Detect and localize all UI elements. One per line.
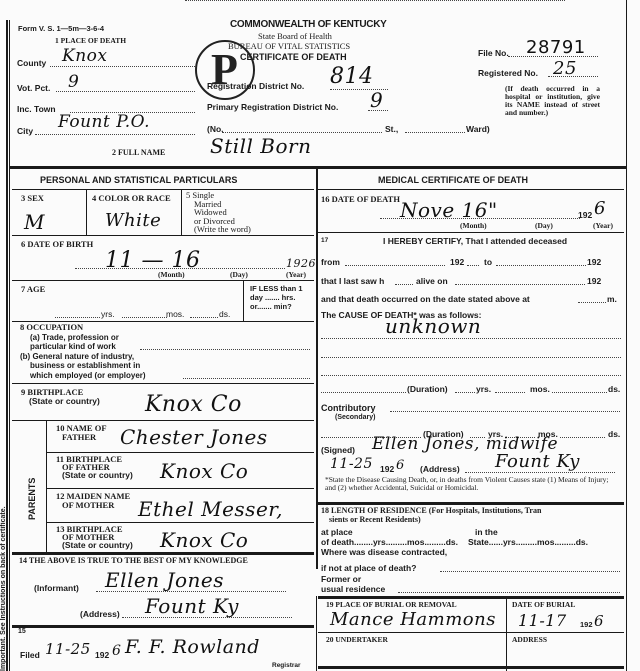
duration-mos-label: mos. [530,384,550,394]
cause-of-death-value: unknown [385,314,481,338]
burial-place-value: Mance Hammons [330,609,496,630]
vot-pct-label: Vot. Pct. [17,83,50,93]
county-label: County [17,58,46,68]
filed-number: 15 [18,628,26,635]
registered-no-value: 25 [553,58,577,79]
full-name-label: 2 FULL NAME [112,148,165,157]
burial-place-label: 19 PLACE OF BURIAL OR REMOVAL [326,600,457,609]
vot-pct-value: 9 [68,72,79,92]
state-length: State......yrs.........mos.........ds. [468,537,588,547]
mother-name-value: Ethel Messer, [138,497,283,521]
undertaker-address-label: ADDRESS [512,635,547,644]
burial-date-label: DATE OF BURIAL [512,600,575,609]
undertaker-label: 20 UNDERTAKER [326,635,388,644]
marital-label: 5 Single Married Widowed or Divorced (Wr… [186,191,251,234]
race-label: 4 COLOR OR RACE [92,193,171,203]
file-no-value: 28791 [526,37,586,58]
at-place-label: at place [321,527,353,537]
secondary-label: (Secondary) [335,414,375,421]
race-value: White [105,210,161,231]
sex-label: 3 SEX [21,193,44,203]
dod-month-caption: (Month) [460,221,487,230]
date-of-death-value: Nove 16" [400,198,498,222]
informant-address-value: Fount Ky [145,594,239,618]
birthplace-label: 9 BIRTHPLACE (State or country) [21,388,100,406]
usual-residence-label: usual residence [321,584,385,594]
place-of-death-heading: 1 PLACE OF DEATH [55,36,126,45]
sex-value: M [24,210,45,234]
alive-on-label: alive on [416,276,448,286]
dod-year-caption: (Year) [593,221,613,230]
not-at-place-label: if not at place of death? [321,563,416,573]
signed-date: 11-25 [330,456,373,472]
age-label: 7 AGE [21,284,45,294]
dob-day-caption: (Day) [230,270,248,279]
medical-address-value: Fount Ky [495,451,580,472]
informant-value: Ellen Jones [105,568,224,592]
dod-year-prefix: 192 [578,210,592,220]
signed-year-digit: 6 [396,458,405,473]
signed-year-prefix: 192 [380,464,394,474]
registration-stamp: P [195,40,255,100]
side-instruction-note: Important. See Instructions on back of c… [0,301,7,671]
father-name-label: 10 NAME OF FATHER [56,424,107,441]
duration-ds-label: ds. [608,384,620,394]
registered-no-label: Registered No. [478,68,538,78]
left-border-inner [9,20,10,671]
burial-year-digit: 6 [594,612,604,630]
duration-yrs-label: yrs. [476,384,491,394]
filed-date: 11-25 [45,640,91,658]
header-divider [10,166,626,169]
age-ds-label: ds. [219,309,230,319]
primary-district-label: Primary Registration District No. [207,102,338,112]
city-value: Fount P.O. [58,112,150,132]
inc-town-label: Inc. Town [17,104,56,114]
burial-date-value: 11-17 [518,611,567,630]
contributory-label: Contributory [321,403,376,413]
father-name-value: Chester Jones [120,425,268,449]
mother-name-label: 12 MAIDEN NAME OF MOTHER [56,492,130,509]
contracted-label: Where was disease contracted, [321,547,447,557]
death-certificate: Important. See Instructions on back of c… [0,0,640,671]
former-label: Former or [321,574,361,584]
burial-year-prefix: 192 [580,620,593,629]
state-title: COMMONWEALTH OF KENTUCKY [230,19,387,30]
from-year: 192 [450,257,464,267]
birthplace-value: Knox Co [145,392,242,417]
residence-heading: 18 LENGTH OF RESIDENCE (For Hospitals, I… [321,506,541,524]
mother-birthplace-value: Knox Co [160,528,248,552]
death-occurred-text: and that death occurred on the date stat… [321,294,530,304]
dob-label: 6 DATE OF BIRTH [21,239,93,249]
duration-label: (Duration) [407,384,448,394]
street-label: St., [385,124,398,134]
right-border [626,0,627,671]
filed-label: Filed [20,650,40,660]
occupation-label: 8 OCCUPATION (a) Trade, profession or pa… [20,323,146,380]
date-of-death-label: 16 DATE OF DEATH [321,194,400,204]
primary-district-value: 9 [370,88,383,112]
registration-district-label: Registration District No. [207,81,304,91]
certificate-title: CERTIFICATE OF DEATH [240,52,347,62]
ward-label: Ward) [466,124,490,134]
city-label: City [17,126,33,136]
medical-address-label: (Address) [420,464,460,474]
death-time-m: m. [607,294,617,304]
less-than-day-note: IF LESS than 1 day ....... hrs. or......… [250,284,303,311]
county-value: Knox [62,46,107,66]
in-the-label: in the [475,527,498,537]
informant-label: (Informant) [34,583,79,593]
filed-year-prefix: 192 [95,650,109,660]
to-year: 192 [587,257,601,267]
mother-birthplace-label: 13 BIRTHPLACE OF MOTHER (State or countr… [56,525,133,549]
registrar-label: Registrar [272,662,301,669]
certify-number: 17 [321,237,328,244]
age-yrs-label: yrs. [101,309,115,319]
registration-district-value: 814 [330,64,374,89]
filed-year-digit: 6 [112,643,121,659]
parents-side-label: PARENTS [27,478,37,520]
hospital-note: (If death occurred in a hospital or inst… [505,85,600,117]
alive-year: 192 [587,276,601,286]
form-number: Form V. S. 1—5m—3-6-4 [18,24,104,33]
personal-section-title: PERSONAL AND STATISTICAL PARTICULARS [40,175,237,185]
informant-heading: 14 THE ABOVE IS TRUE TO THE BEST OF MY K… [19,556,248,565]
dob-year: 1926 [286,257,316,270]
dod-day-caption: (Day) [535,221,553,230]
registrar-signature: F. F. Rowland [125,636,260,658]
attended-to-label: to [484,257,492,267]
contributory-ds-label: ds. [608,429,620,439]
father-birthplace-value: Knox Co [160,459,248,483]
signed-label: (Signed) [321,445,355,455]
board-title: State Board of Health [258,31,332,41]
dob-year-caption: (Year) [286,270,306,279]
age-mos-label: mos. [166,309,184,319]
dob-value: 11 — 16 [105,248,200,273]
father-birthplace-label: 11 BIRTHPLACE OF FATHER (State or countr… [56,455,133,479]
dod-year-digit: 6 [594,198,606,219]
cause-footnote: *State the Disease Causing Death, or, in… [325,476,621,492]
full-name-value: Still Born [210,134,311,158]
center-divider [316,169,318,569]
file-no-label: File No. [478,48,509,58]
dob-month-caption: (Month) [158,270,185,279]
informant-address-label: (Address) [80,609,120,619]
medical-section-title: MEDICAL CERTIFICATE OF DEATH [378,175,528,185]
last-saw-label: that I last saw h [321,276,384,286]
of-death-length: of death........yrs.........mos.........… [321,537,458,547]
attended-from-label: from [321,257,340,267]
certify-text: I HEREBY CERTIFY, That I attended deceas… [383,236,567,246]
